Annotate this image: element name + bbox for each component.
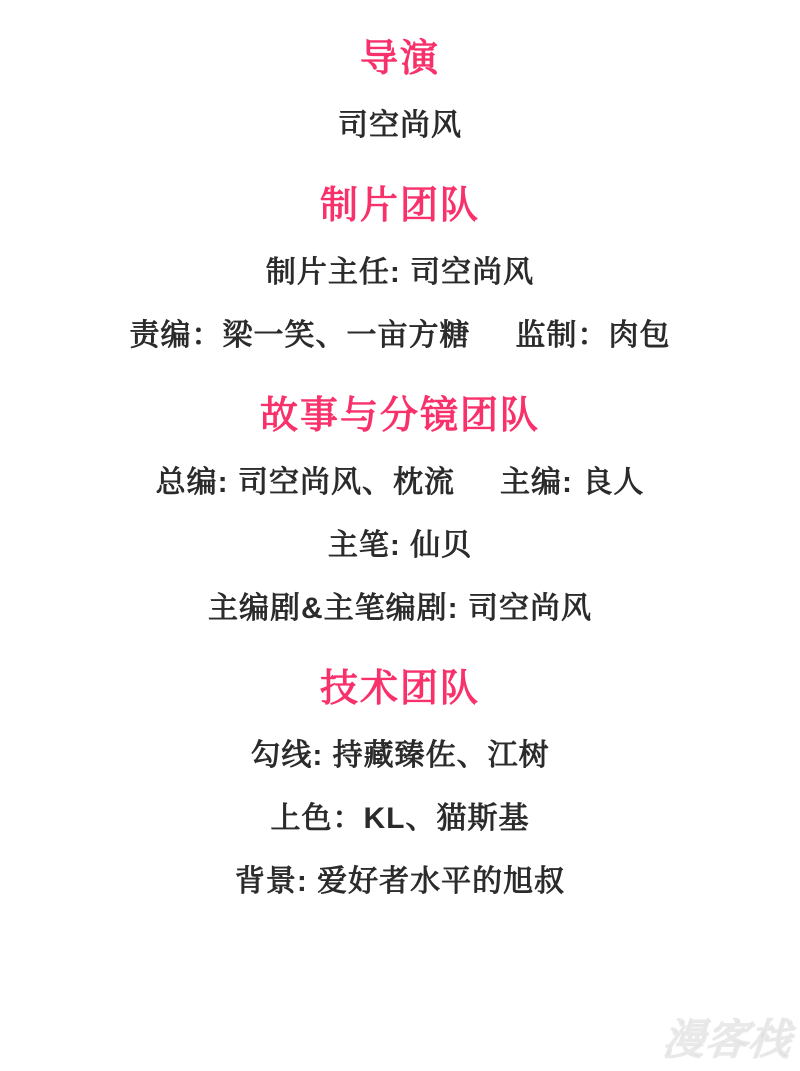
section-heading-director: 导演	[0, 40, 800, 78]
section-heading-production-team: 制片团队	[0, 187, 800, 225]
credit-line: 背景: 爱好者水平的旭叔	[0, 867, 800, 897]
credit-text: 责编：梁一笑、一亩方糖	[130, 321, 471, 351]
credit-line: 总编: 司空尚风、枕流 主编: 良人	[0, 468, 800, 498]
section-director: 导演 司空尚风	[0, 40, 800, 141]
section-heading-story-storyboard-team: 故事与分镜团队	[0, 397, 800, 435]
credit-line: 制片主任: 司空尚风	[0, 258, 800, 288]
credit-text: 监制：肉包	[516, 321, 671, 351]
credit-line: 司空尚风	[0, 111, 800, 141]
credit-text: 勾线: 持藏臻佐、江树	[250, 741, 549, 771]
credit-line: 主笔: 仙贝	[0, 531, 800, 561]
credit-text: 制片主任: 司空尚风	[266, 258, 534, 288]
mkzhan-watermark-logo: 漫客栈	[660, 1007, 795, 1067]
credits-column: 导演 司空尚风 制片团队 制片主任: 司空尚风 责编：梁一笑、一亩方糖 监制：肉…	[0, 0, 800, 897]
credit-line: 上色：KL、猫斯基	[0, 804, 800, 834]
section-technical-team: 技术团队 勾线: 持藏臻佐、江树 上色：KL、猫斯基 背景: 爱好者水平的旭叔	[0, 670, 800, 897]
credit-line: 勾线: 持藏臻佐、江树	[0, 741, 800, 771]
credit-line: 主编剧&主笔编剧: 司空尚风	[0, 594, 800, 624]
credit-text: 主编: 良人	[500, 468, 644, 498]
section-story-storyboard-team: 故事与分镜团队 总编: 司空尚风、枕流 主编: 良人 主笔: 仙贝 主编剧&主笔…	[0, 397, 800, 624]
credit-line: 责编：梁一笑、一亩方糖 监制：肉包	[0, 321, 800, 351]
credit-text: 司空尚风	[338, 111, 462, 141]
credit-text: 上色：KL、猫斯基	[271, 804, 530, 834]
credit-text: 主笔: 仙贝	[328, 531, 472, 561]
credits-page: 导演 司空尚风 制片团队 制片主任: 司空尚风 责编：梁一笑、一亩方糖 监制：肉…	[0, 0, 800, 1071]
section-heading-technical-team: 技术团队	[0, 670, 800, 708]
section-production-team: 制片团队 制片主任: 司空尚风 责编：梁一笑、一亩方糖 监制：肉包	[0, 187, 800, 351]
credit-text: 总编: 司空尚风、枕流	[156, 468, 455, 498]
credit-text: 主编剧&主笔编剧: 司空尚风	[208, 594, 592, 624]
credit-text: 背景: 爱好者水平的旭叔	[235, 867, 565, 897]
